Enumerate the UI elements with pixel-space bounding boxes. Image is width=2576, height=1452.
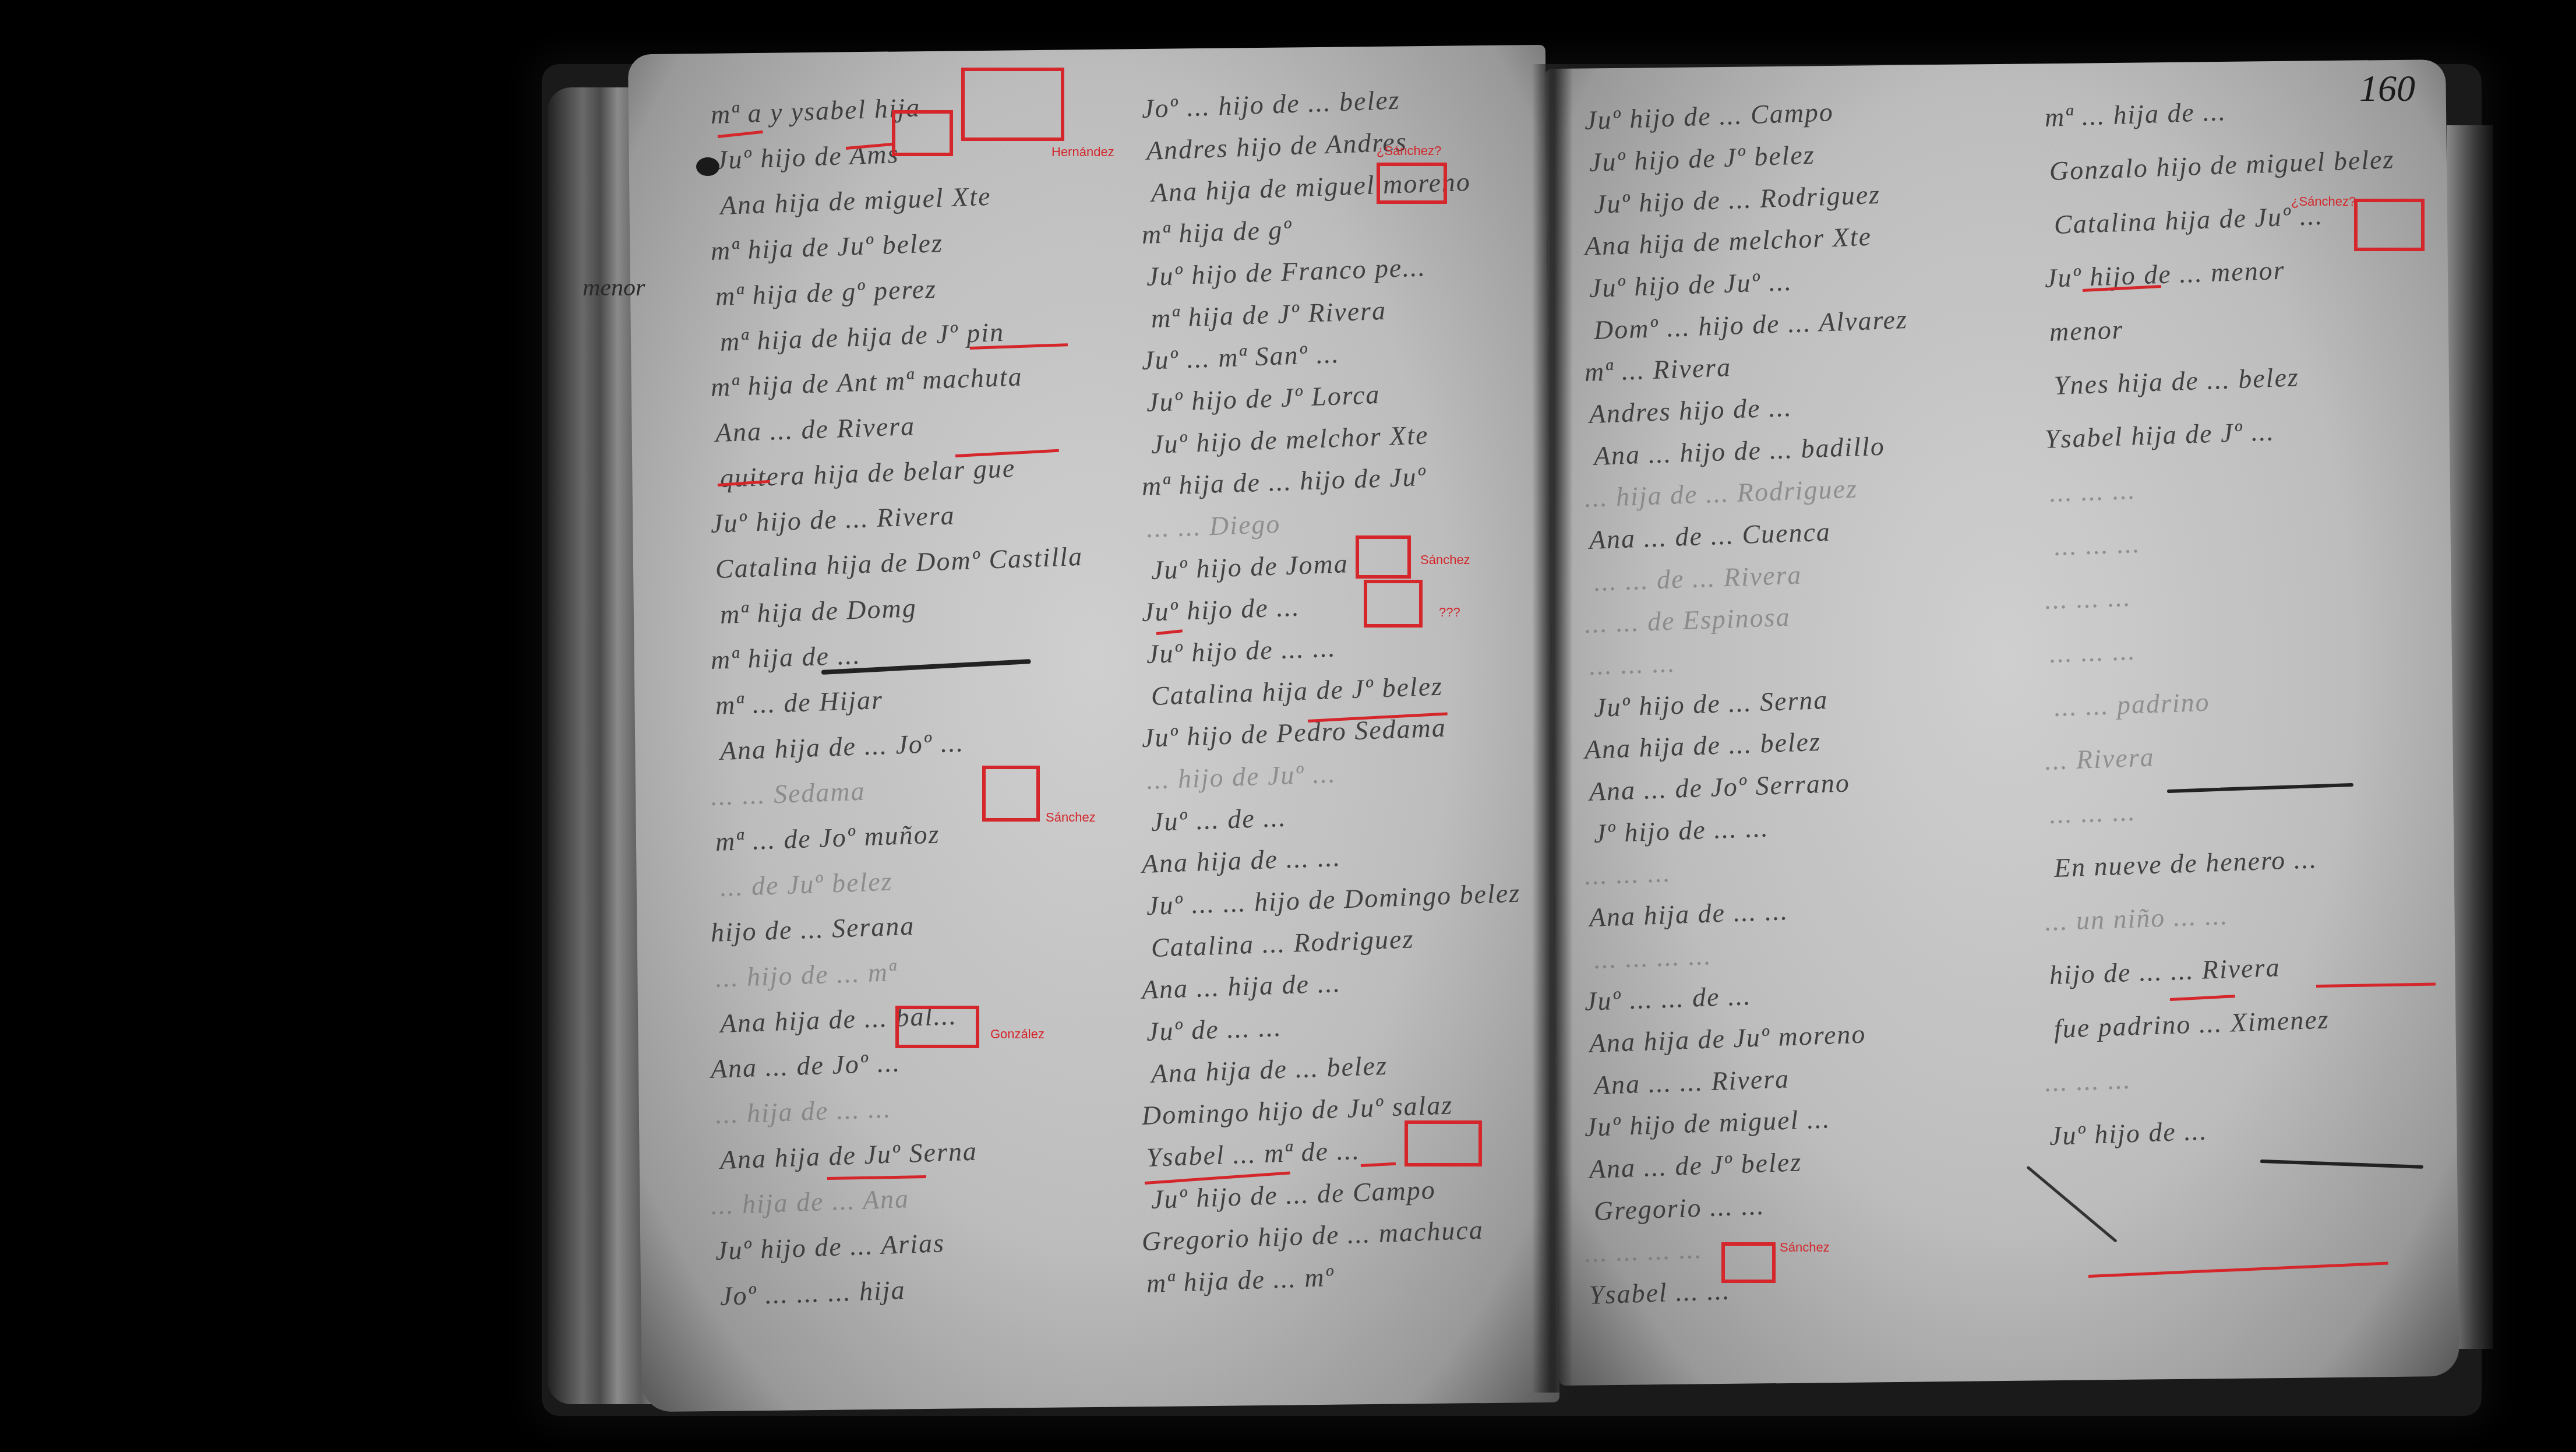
- handwritten-line: ... ... ...: [2049, 474, 2136, 508]
- handwritten-line: Juº hijo de Ams: [715, 138, 899, 175]
- annotation-box: [961, 68, 1064, 141]
- annotation-label: ¿Sánchez?: [1377, 143, 1441, 158]
- handwritten-line: ... ... padrino: [2053, 686, 2210, 723]
- handwritten-line: Jº hijo de ... ...: [1593, 812, 1769, 849]
- handwritten-line: ... hijo de ... mª: [715, 956, 898, 993]
- annotation-box: [1364, 580, 1423, 628]
- handwritten-line: mª hija de ... mº: [1146, 1261, 1335, 1299]
- handwritten-line: mª ... hija de ...: [2044, 96, 2227, 133]
- page-number: 160: [2359, 67, 2415, 110]
- handwritten-line: Juº hijo de ... ...: [1146, 632, 1336, 669]
- annotation-box: [1721, 1242, 1776, 1283]
- handwritten-line: ... ... Diego: [1146, 508, 1281, 544]
- handwritten-line: menor: [2049, 314, 2124, 347]
- annotation-label: ¿Sánchez?: [2291, 194, 2356, 209]
- handwritten-line: Joº ... ... ... hija: [719, 1274, 906, 1312]
- handwritten-line: Juº ... ... de ...: [1584, 980, 1752, 1017]
- handwritten-line: mª ... de Hijar: [715, 684, 884, 721]
- handwritten-line: ... ... ...: [2044, 1064, 2132, 1098]
- handwritten-line: Ysabel ... ...: [1589, 1275, 1731, 1310]
- book-gutter: [1532, 64, 1573, 1393]
- handwritten-line: ... hija de ... ...: [715, 1092, 892, 1130]
- handwritten-line: mª ... Rivera: [1584, 351, 1732, 387]
- annotation-box: [1405, 1120, 1482, 1166]
- annotation-box: [892, 110, 953, 156]
- handwritten-line: ... ... ...: [2044, 581, 2132, 615]
- handwritten-line: Juº hijo de ...: [2049, 1115, 2208, 1151]
- annotation-label: Hernández: [1051, 145, 1114, 160]
- annotation-box: [2354, 199, 2425, 251]
- annotation-box: [982, 766, 1040, 822]
- right-page: [1545, 59, 2459, 1386]
- handwritten-line: ... ... ...: [2049, 635, 2136, 669]
- annotation-label: Sánchez: [1420, 552, 1470, 568]
- handwritten-line: mª hija de gº: [1141, 214, 1293, 250]
- handwritten-line: ... ... ...: [1584, 857, 1671, 891]
- handwritten-line: ... hijo de Juº ...: [1146, 758, 1336, 795]
- ink-blot: [696, 157, 719, 176]
- annotation-label: ???: [1439, 605, 1460, 620]
- handwritten-line: Juº hijo de ...: [1141, 591, 1300, 628]
- annotation-box: [895, 1006, 979, 1048]
- handwritten-line: ... de Juº belez: [719, 866, 893, 903]
- annotation-label: González: [990, 1027, 1044, 1042]
- handwritten-line: ... Rivera: [2044, 741, 2155, 776]
- handwritten-line: ... un niño ... ...: [2044, 900, 2229, 937]
- margin-note: menor: [583, 274, 645, 302]
- handwritten-line: ... ... Sedama: [710, 776, 866, 812]
- annotation-box: [1377, 163, 1447, 204]
- handwritten-line: ... ... ... ...: [1593, 940, 1712, 975]
- handwritten-line: ... ... ...: [2053, 528, 2141, 562]
- handwritten-line: ... ... ...: [1589, 647, 1676, 681]
- handwritten-line: Gregorio ... ...: [1593, 1190, 1765, 1227]
- annotation-label: Sánchez: [1046, 810, 1096, 825]
- handwritten-line: ... ... ... ...: [1584, 1234, 1703, 1268]
- handwritten-line: ... ... ...: [2049, 796, 2136, 830]
- handwritten-line: Juº de ... ...: [1146, 1012, 1282, 1047]
- annotation-label: Sánchez: [1780, 1240, 1830, 1255]
- handwritten-line: Juº ... de ...: [1151, 802, 1287, 837]
- annotation-box: [1356, 535, 1411, 579]
